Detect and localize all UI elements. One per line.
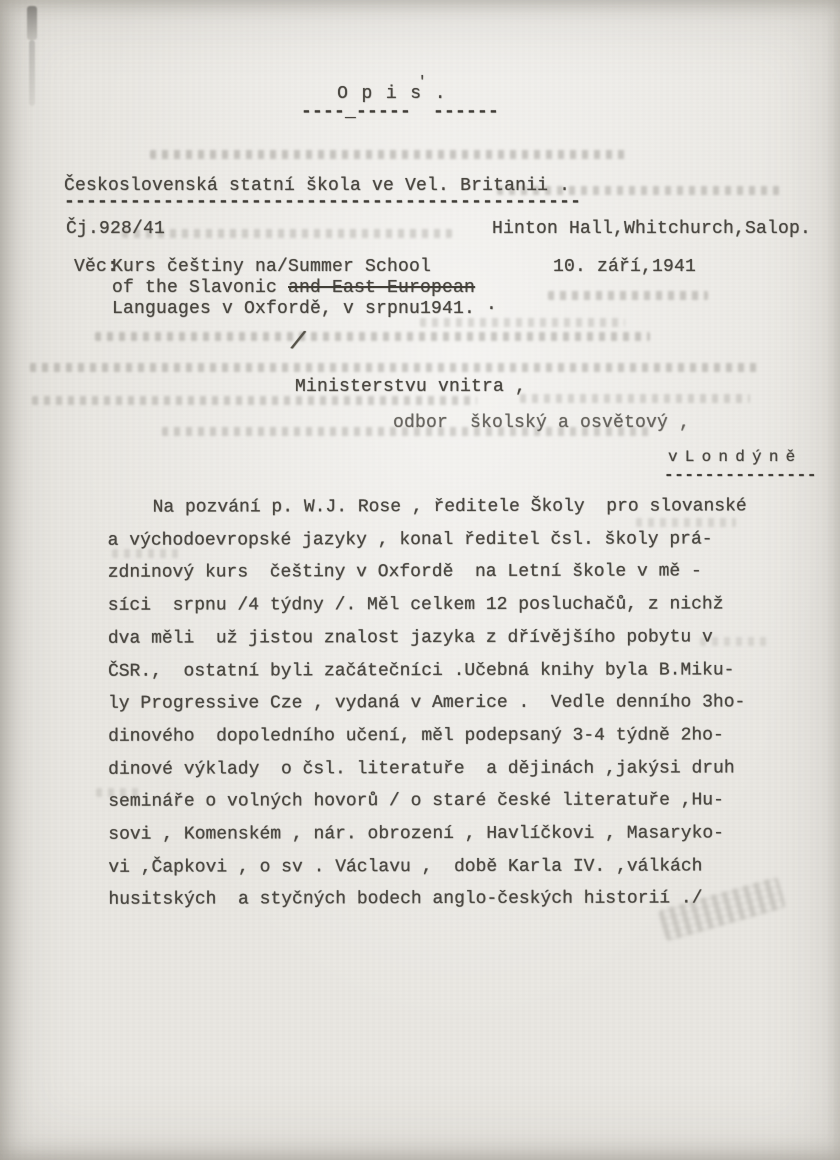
margin-smudge-tail xyxy=(29,40,35,106)
recipient-city-underline: --------------- xyxy=(664,465,817,486)
subject-line-2: of the Slavonic and East European xyxy=(112,278,475,299)
letter-date: 10. září,1941 xyxy=(553,257,696,278)
handwritten-slash-mark: / xyxy=(288,331,307,354)
body-line: a východoevropské jazyky , konal ředitel… xyxy=(108,523,788,557)
body-line: dinové výklady o čsl. literatuře a dějin… xyxy=(108,752,788,786)
copy-title-underline: ----_----- ------ xyxy=(301,102,499,123)
body-line: semináře o volných hovorů / o staré česk… xyxy=(108,785,788,819)
body-line: zdninový kurs češtiny v Oxfordě na Letní… xyxy=(108,556,788,590)
bleed-through-text xyxy=(122,229,452,238)
body-line: ČSR., ostatní byli začátečníci .Učebná k… xyxy=(108,654,788,688)
bleed-through-text xyxy=(150,150,630,159)
recipient-line-2: odbor školský a osvětový , xyxy=(393,413,690,434)
subject-line-1: Kurs češtiny na/Summer School xyxy=(112,257,431,278)
body-line: Na pozvání p. W.J. Rose , ředitele Školy… xyxy=(108,490,788,524)
letter-body: Na pozvání p. W.J. Rose , ředitele Školy… xyxy=(108,490,789,917)
body-line: síci srpnu /4 týdny /. Měl celkem 12 pos… xyxy=(108,588,788,622)
recipient-line-1: Ministerstvu vnitra , xyxy=(295,377,526,398)
bleed-through-text xyxy=(548,291,708,300)
bleed-through-text xyxy=(520,394,750,403)
subject-line-2-struck-text: and East European xyxy=(288,278,475,298)
subject-line-3: Languages v Oxfordě, v srpnu1941. · xyxy=(112,299,497,320)
reference-number: Čj.928/41 xyxy=(66,219,165,240)
sender-address: Hinton Hall,Whitchurch,Salop. xyxy=(492,219,811,240)
body-line: dinového dopoledního učení, měl podepsan… xyxy=(108,719,788,753)
body-line: dva měli už jistou znalost jazyka z dřív… xyxy=(108,621,788,655)
body-line: ly Progressive Cze , vydaná v Americe . … xyxy=(108,687,788,721)
organization-underline: ----------------------------------------… xyxy=(64,192,581,213)
scanned-letter-page: ' O p i s . ----_----- ------ Českoslove… xyxy=(0,0,840,1160)
bleed-through-text xyxy=(95,332,650,341)
subject-line-2-plain: of the Slavonic xyxy=(112,278,288,298)
margin-smudge-mark xyxy=(27,6,37,40)
body-line: vi ,Čapkovi , o sv . Václavu , době Karl… xyxy=(108,850,788,884)
bleed-through-text xyxy=(30,363,760,372)
body-line: sovi , Komenském , nár. obrození , Havlí… xyxy=(108,817,788,851)
